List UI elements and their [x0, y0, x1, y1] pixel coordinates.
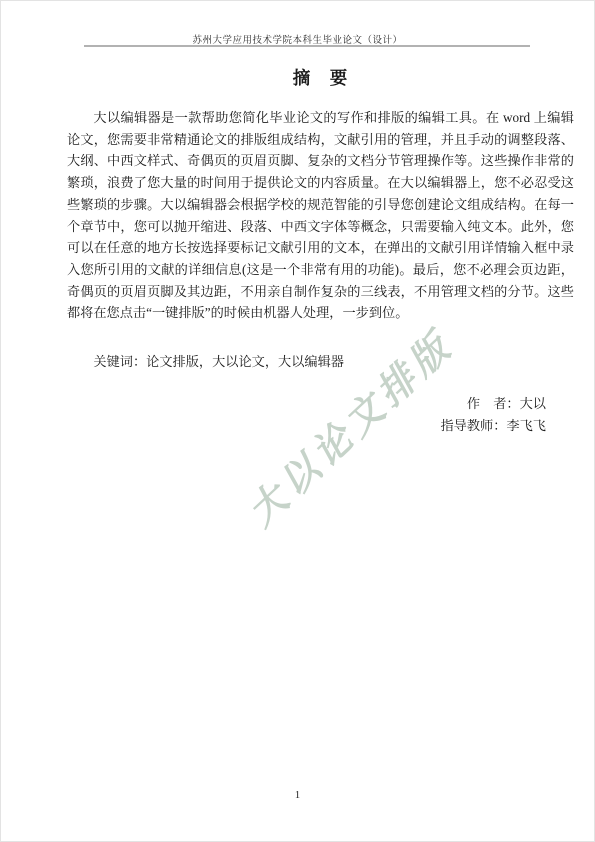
running-head: 苏州大学应用技术学院本科生毕业论文（设计） [1, 32, 594, 46]
header-rule [84, 45, 530, 47]
advisor-line: 指导教师：李飞飞 [441, 415, 547, 437]
page-number: 1 [1, 790, 594, 801]
author-line: 作 者：大以 [441, 393, 547, 415]
author-block: 作 者：大以 指导教师：李飞飞 [441, 393, 547, 436]
abstract-title: 摘 要 [67, 65, 574, 90]
diagonal-watermark: 大以论文排版 [233, 316, 464, 536]
keywords-line: 关键词：论文排版，大以论文，大以编辑器 [67, 351, 574, 373]
document-page: 苏州大学应用技术学院本科生毕业论文（设计） 摘 要 大以编辑器是一款帮助您简化毕… [0, 0, 595, 842]
abstract-paragraph: 大以编辑器是一款帮助您简化毕业论文的写作和排版的编辑工具。在 word 上编辑论… [67, 107, 574, 324]
